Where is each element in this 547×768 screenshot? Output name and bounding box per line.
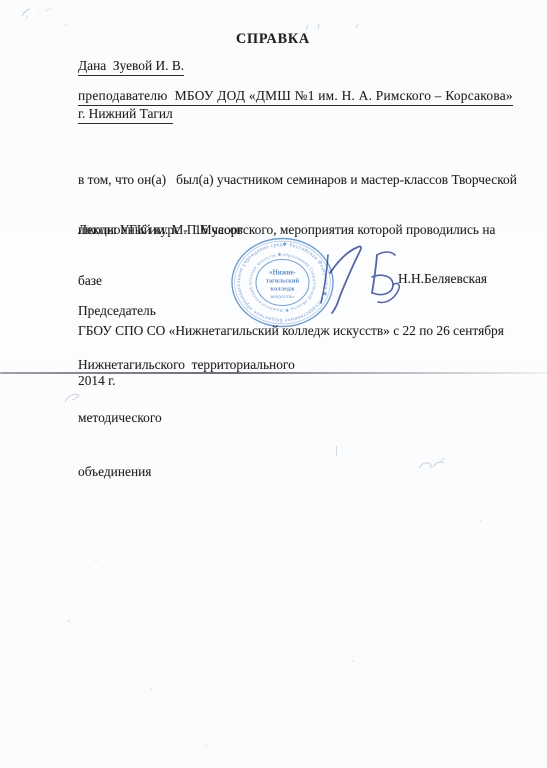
paper-speck [68,620,70,622]
issued-to-line: Дана Зуевой И. В. [78,58,184,76]
addressee-line-2: г. Нижний Тагил [78,106,173,124]
scan-fold-line [0,372,547,374]
addressee-line-1: преподавателю МБОУ ДОД «ДМШ №1 им. Н. А.… [78,88,513,106]
stamp-center-text-line: колледж [270,286,295,293]
pencil-tick [336,446,338,456]
signer-name: Н.Н.Беляевская [398,271,487,287]
signer-title-line: методического [78,410,295,428]
document-title: СПРАВКА [236,31,310,48]
pencil-scribble-right [416,456,450,474]
handwritten-signature [314,241,402,319]
scanned-certificate-page: СПРАВКА Дана Зуевой И. В. преподавателю … [0,0,547,768]
course-hours-line: Лекционный курс - 16 часов [78,222,243,238]
paper-speck [150,688,152,690]
pencil-marks-top-left [12,2,132,42]
stamp-center-text-line: искусств» [270,294,294,300]
paper-speck [95,560,97,562]
pencil-marks-near-title [300,20,370,36]
signer-title-line: объединения [78,464,295,482]
pencil-squiggle-left [62,388,84,406]
stamp-center-text-line: «Нижне- [269,270,296,277]
paper-speck [480,520,482,522]
stamp-center-text-line: тагильский [266,278,300,285]
paper-speck [352,660,354,662]
paper-speck [205,744,207,746]
body-line: в том, что он(а) был(а) участником семин… [78,172,517,186]
